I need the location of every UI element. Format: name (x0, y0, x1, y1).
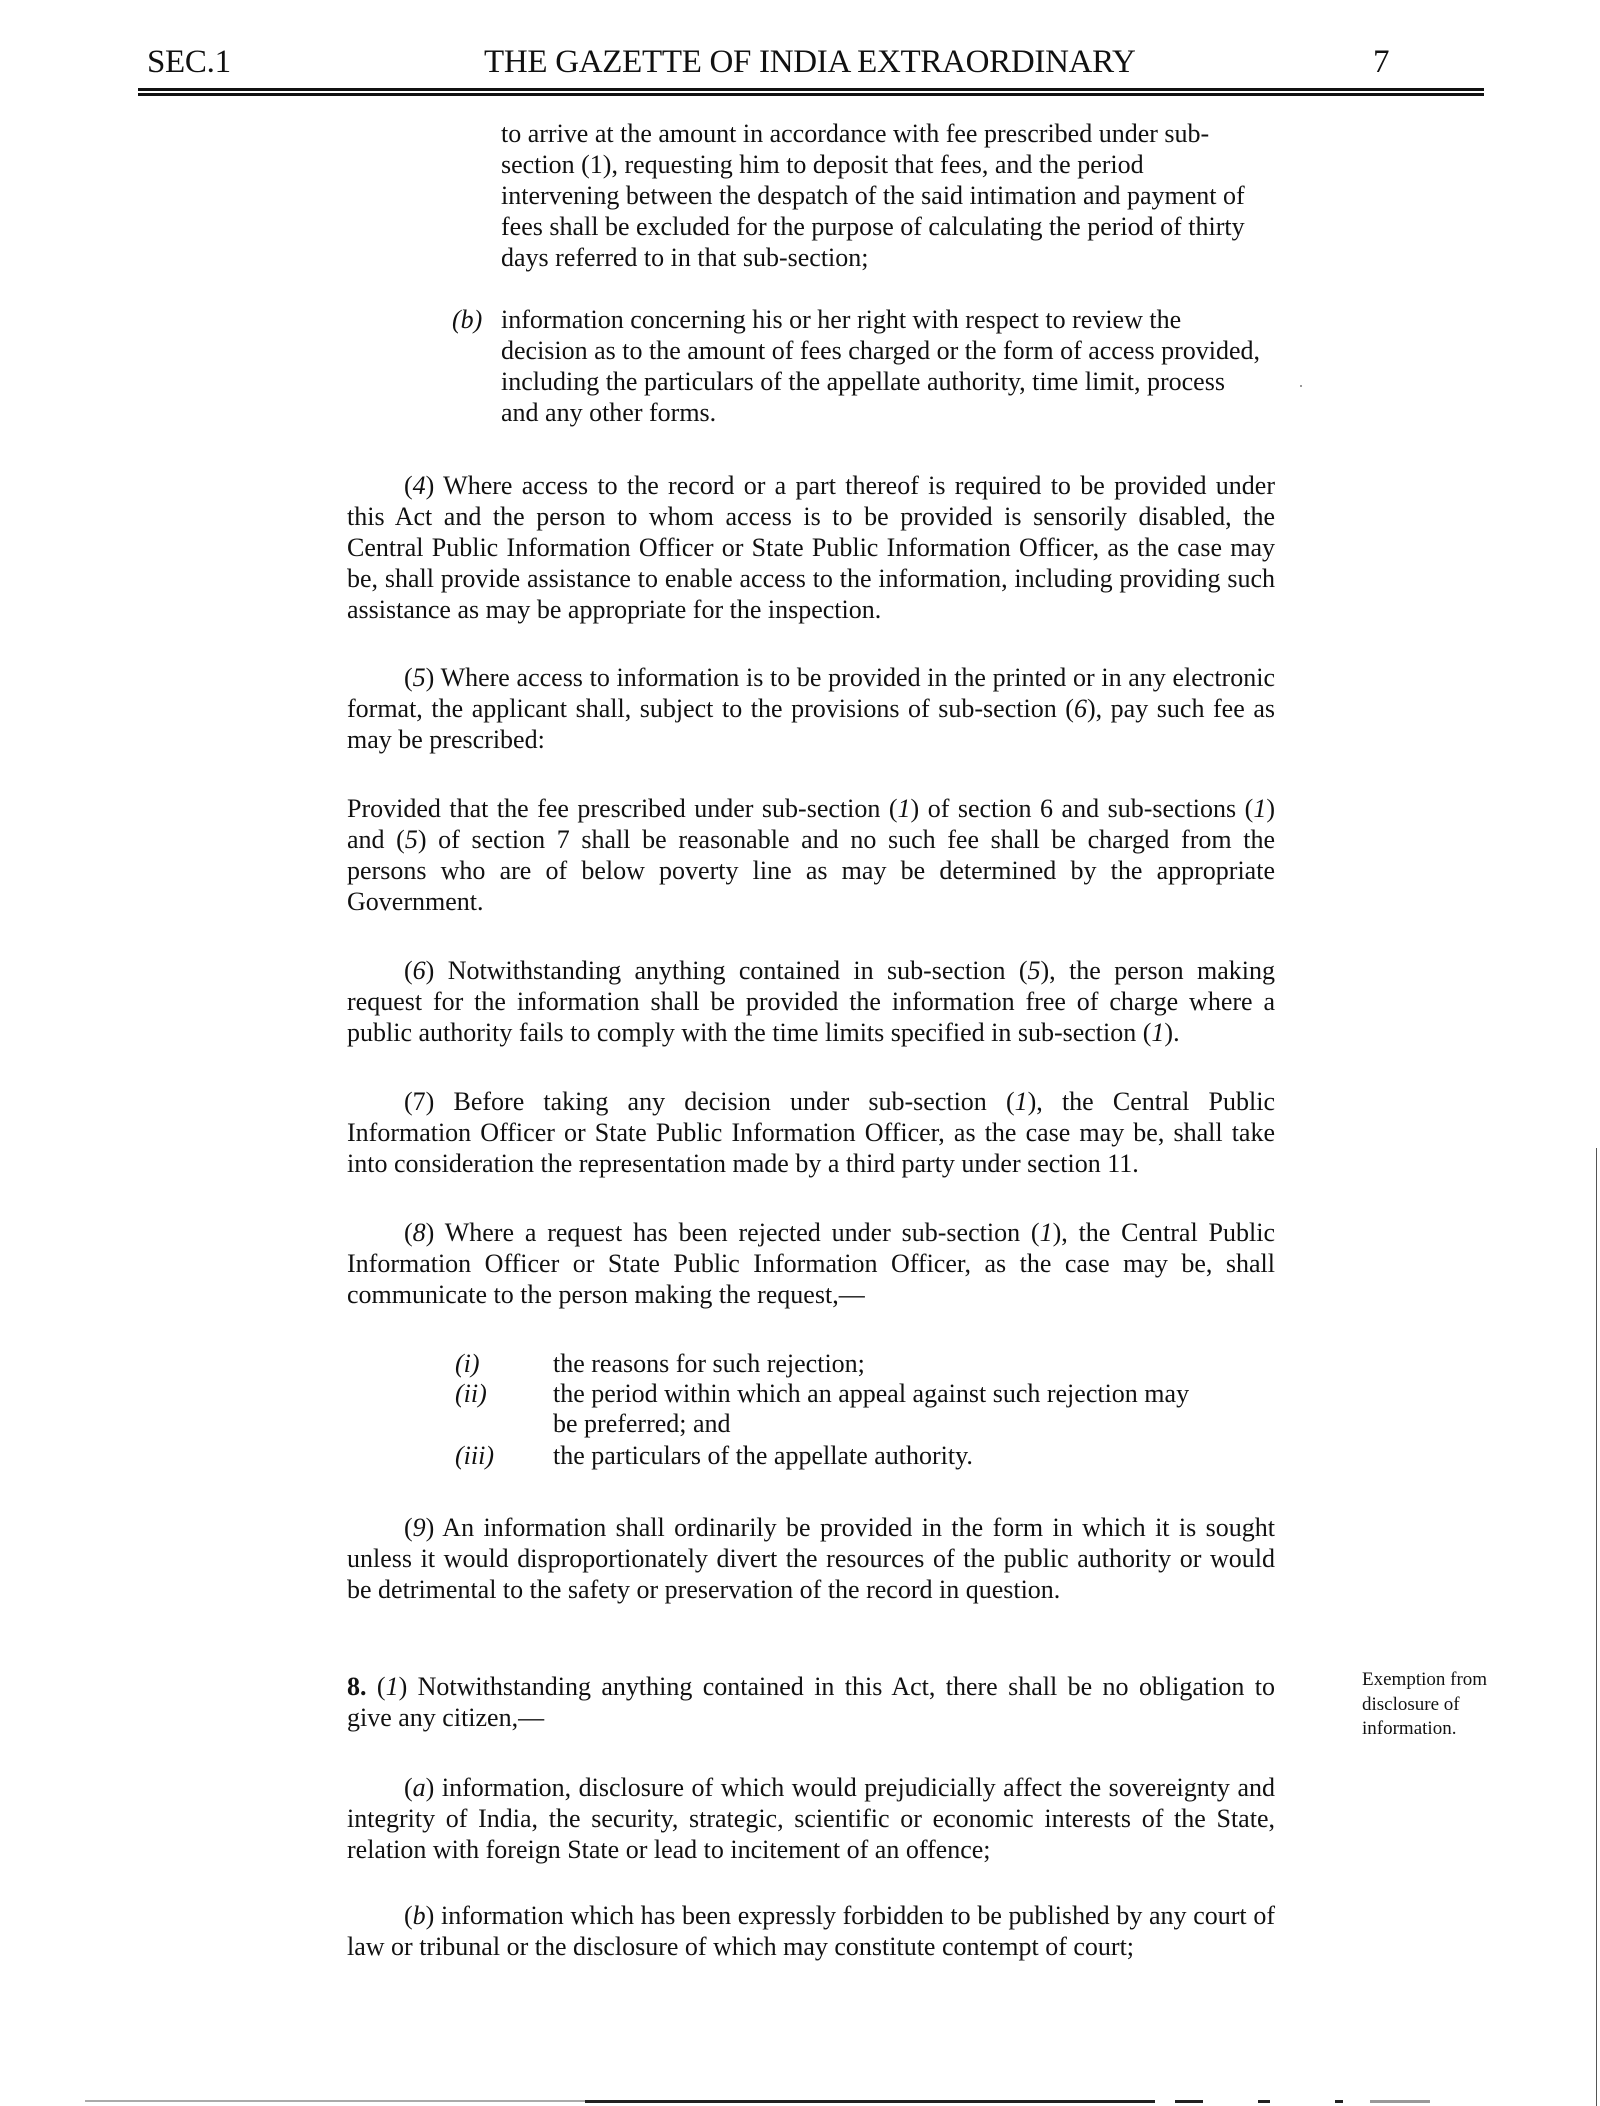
section-number: 8. (347, 1672, 367, 1701)
clause-b-text: information concerning his or her right … (501, 304, 1265, 428)
subsection-4-text: Where access to the record or a part the… (347, 471, 1275, 624)
subsection-7: (7) Before taking any decision under sub… (347, 1086, 1275, 1179)
subsection-9-text: An information shall ordinarily be provi… (347, 1513, 1275, 1604)
clause-label: a (413, 1773, 426, 1802)
footer-rule-dash (1258, 2100, 1270, 2103)
subsection-ref: 5 (1028, 956, 1041, 985)
section-label: SEC.1 (147, 44, 231, 80)
section-8: 8. (1) Notwithstanding anything containe… (347, 1671, 1275, 1733)
clause-a-continuation: to arrive at the amount in accordance wi… (501, 118, 1265, 273)
subsection-9-number: 9 (413, 1513, 426, 1542)
subsection-ref: 1 (1015, 1087, 1028, 1116)
subsection-8-text: Where a request has been rejected under … (445, 1218, 1040, 1247)
subsection-ref: 1 (898, 794, 911, 823)
list-item-label: (i) (455, 1349, 480, 1379)
proviso-text: ) of section 7 shall be reasonable and n… (347, 825, 1275, 916)
scan-speck (1300, 385, 1302, 387)
subsection-ref: 1 (1040, 1218, 1053, 1247)
list-item-label: (iii) (455, 1441, 494, 1471)
subsection-7-text: Before taking any decision under sub-sec… (454, 1087, 1015, 1116)
subsection-5: (5) Where access to information is to be… (347, 662, 1275, 755)
clause-a-text: information, disclosure of which would p… (347, 1773, 1275, 1864)
list-item-text: the period within which an appeal agains… (553, 1379, 1193, 1439)
clause-label: b (413, 1901, 426, 1930)
list-item-text: the reasons for such rejection; (553, 1349, 1253, 1379)
subsection-7-number: 7 (413, 1087, 426, 1116)
footer-rule-dash (1175, 2100, 1203, 2103)
subsection-6: (6) Notwithstanding anything contained i… (347, 955, 1275, 1048)
subsection-4-number: 4 (413, 471, 426, 500)
margin-note: Exemption from disclosure of information… (1362, 1668, 1522, 1742)
subsection-6-text-end: ). (1164, 1018, 1179, 1047)
list-item-text: the particulars of the appellate authori… (553, 1441, 1253, 1471)
list-item-label: (ii) (455, 1379, 487, 1409)
clause-b-label: (b) (452, 304, 482, 335)
proviso-text: Provided that the fee prescribed under s… (347, 794, 898, 823)
subsection-ref: 5 (405, 825, 418, 854)
section-8-clause-a: (a) information, disclosure of which wou… (347, 1772, 1275, 1865)
header-rule-top (138, 88, 1484, 91)
subsection-8: (8) Where a request has been rejected un… (347, 1217, 1275, 1310)
proviso-text: ) of section 6 and sub-sections ( (911, 794, 1254, 823)
header-rule-bottom (138, 93, 1484, 96)
clause-b-text: information which has been expressly for… (347, 1901, 1275, 1961)
subsection-ref: 6 (1074, 694, 1087, 723)
subsection-6-number: 6 (413, 956, 426, 985)
section-8-text: Notwithstanding anything contained in th… (347, 1672, 1275, 1732)
subsection-ref: 1 (386, 1672, 399, 1701)
subsection-5-number: 5 (413, 663, 426, 692)
section-8-clause-b: (b) information which has been expressly… (347, 1900, 1275, 1962)
gazette-title: THE GAZETTE OF INDIA EXTRAORDINARY (484, 44, 1096, 80)
page-number: 7 (1373, 44, 1389, 80)
footer-rule-dash (1370, 2100, 1430, 2103)
subsection-8-number: 8 (413, 1218, 426, 1247)
footer-rule-faint (85, 2100, 585, 2102)
footer-rule-dash (1335, 2100, 1343, 2103)
proviso: Provided that the fee prescribed under s… (347, 793, 1275, 917)
subsection-ref: 1 (1151, 1018, 1164, 1047)
subsection-6-text: Notwithstanding anything contained in su… (448, 956, 1028, 985)
subsection-ref: 1 (1253, 794, 1266, 823)
subsection-4: (4) Where access to the record or a part… (347, 470, 1275, 625)
footer-rule (585, 2100, 1155, 2103)
subsection-9: (9) An information shall ordinarily be p… (347, 1512, 1275, 1605)
scan-edge-line (1596, 1148, 1597, 2106)
